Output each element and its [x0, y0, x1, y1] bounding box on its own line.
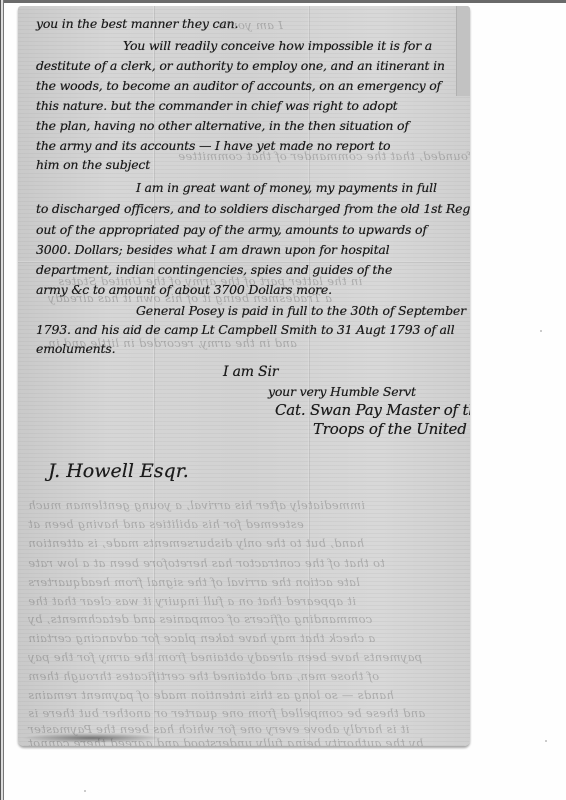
letter-line: emoluments.: [36, 343, 115, 356]
bleed-through-line: late action the arrival of the signal fr…: [28, 575, 360, 589]
bleed-through-line: it appeared that on a full inquiry it wa…: [28, 594, 356, 608]
bleed-through-line: and these be compelled from one quarter …: [28, 706, 425, 720]
letter-line: out of the appropriated pay of the army,…: [36, 224, 427, 237]
letter-line: 3000. Dollars; besides what I am drawn u…: [36, 244, 389, 257]
letter-line: to discharged officers, and to soldiers …: [36, 203, 470, 216]
letter-line: him on the subject: [36, 159, 150, 172]
bleed-through-line: of those men, and obtained the certifica…: [28, 669, 379, 683]
signature-title: Troops of the United States.: [313, 422, 470, 437]
letter-page: I am yours has been founded, that the co…: [18, 6, 470, 746]
bleed-through-line: hand, but to the only disbursements made…: [28, 536, 364, 550]
letter-line: the woods, to become an auditor of accou…: [36, 80, 441, 93]
bleed-through-line: commanding officers of companies and det…: [28, 612, 372, 626]
letter-line: the army and its accounts — I have yet m…: [36, 140, 390, 153]
letter-line: General Posey is paid in full to the 30t…: [136, 305, 466, 318]
signature-line: Cat. Swan Pay Master of the: [275, 403, 470, 418]
paper-edge-strip: [456, 6, 470, 96]
scan-speck: [84, 790, 86, 792]
scan-speck: [540, 330, 542, 332]
scan-frame-left-edge: [0, 0, 4, 800]
letter-line: this nature. but the commander in chief …: [36, 100, 398, 113]
addressee: J. Howell Esqr.: [48, 462, 189, 481]
bleed-through-line: hands — so long as this intention made o…: [28, 688, 394, 702]
letter-line: I am in great want of money, my payments…: [136, 182, 437, 195]
scanned-document: I am yours has been founded, that the co…: [0, 0, 566, 800]
closing-complimentary: your very Humble Servt: [268, 386, 416, 399]
scan-frame-top-edge: [0, 0, 566, 3]
bleed-through-line: immediately after his arrival, a young g…: [28, 498, 365, 512]
scan-speck: [545, 740, 547, 742]
letter-line: destitute of a clerk, or authority to em…: [36, 60, 445, 73]
letter-line: You will readily conceive how impossible…: [123, 40, 432, 53]
closing-salutation: I am Sir: [223, 365, 278, 379]
letter-line: the plan, having no other alternative, i…: [36, 120, 409, 133]
bleed-through-line: a check that may have taken place for ad…: [28, 631, 375, 645]
bleed-through-line: to that of the contractor has heretofore…: [28, 556, 385, 570]
letter-line: you in the best manner they can.: [36, 18, 238, 31]
letter-line: department, indian contingencies, spies …: [36, 264, 392, 277]
bleed-through-line: payments have been already obtained from…: [28, 650, 422, 664]
bleed-through-line: esteemed for his abilities and having be…: [28, 517, 304, 531]
page-shadow: [22, 733, 162, 743]
letter-line: army &c to amount of about 3700 Dollars …: [36, 284, 332, 297]
letter-line: 1793. and his aid de camp Lt Campbell Sm…: [36, 324, 454, 337]
